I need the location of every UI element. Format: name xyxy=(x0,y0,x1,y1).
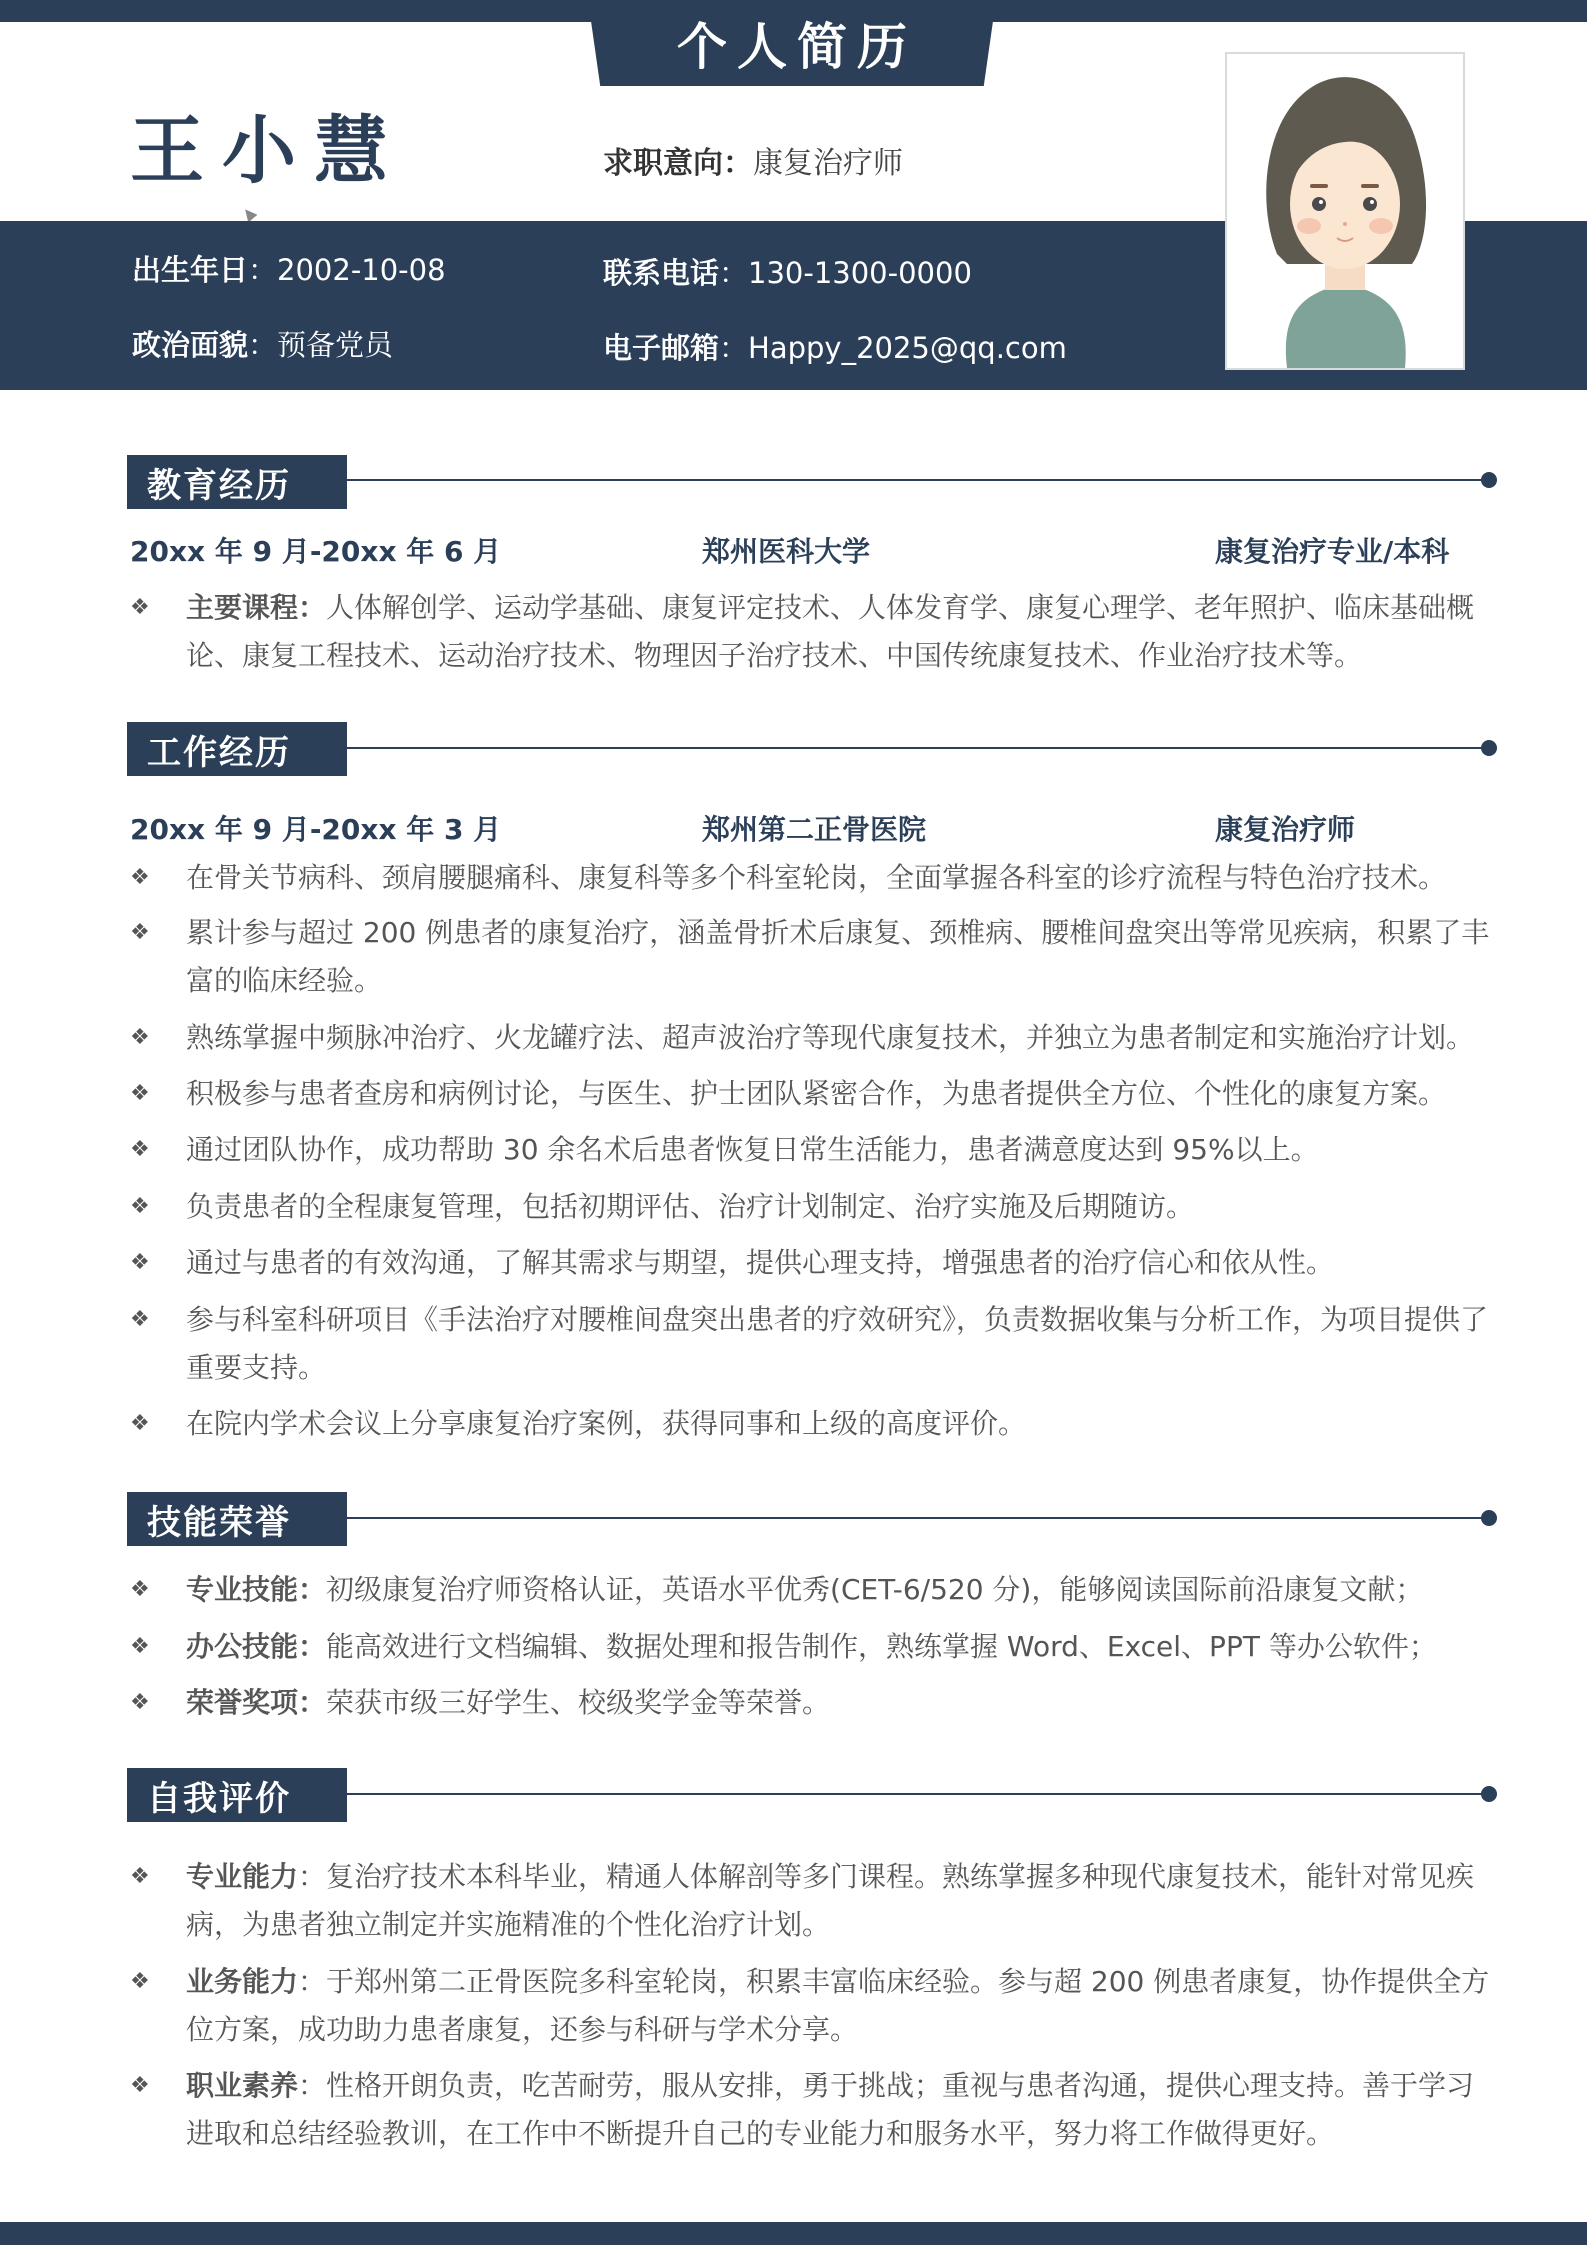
item-label: 办公技能： xyxy=(186,1630,326,1663)
avatar-illustration-icon xyxy=(1227,54,1463,368)
section-education-heading: 教育经历 xyxy=(127,455,347,509)
diamond-bullet-icon: ❖ xyxy=(130,1566,186,1614)
mouse-cursor-icon xyxy=(241,206,258,223)
job-intent-value: 康复治疗师 xyxy=(753,146,903,181)
list-item: ❖专业能力：复治疗技术本科毕业，精通人体解剖等多门课程。熟练掌握多种现代康复技术… xyxy=(130,1853,1500,1949)
item-label: 荣誉奖项： xyxy=(186,1686,326,1719)
politics-field: 政治面貌：预备党员 xyxy=(132,323,393,364)
list-item: ❖通过团队协作，成功帮助 30 余名术后患者恢复日常生活能力，患者满意度达到 9… xyxy=(130,1126,1500,1174)
item-label: 专业技能： xyxy=(186,1573,326,1606)
education-major: 康复治疗专业/本科 xyxy=(1215,530,1449,570)
list-item: ❖负责患者的全程康复管理，包括初期评估、治疗计划制定、治疗实施及后期随访。 xyxy=(130,1183,1500,1231)
list-item: ❖荣誉奖项：荣获市级三好学生、校级奖学金等荣誉。 xyxy=(130,1679,1500,1727)
politics-value: ：预备党员 xyxy=(248,328,393,362)
diamond-bullet-icon: ❖ xyxy=(130,1183,186,1231)
diamond-bullet-icon: ❖ xyxy=(130,1958,186,2054)
list-item: ❖在院内学术会议上分享康复治疗案例，获得同事和上级的高度评价。 xyxy=(130,1400,1500,1448)
phone-field: 联系电话：130-1300-0000 xyxy=(603,251,972,292)
list-item: ❖在骨关节病科、颈肩腰腿痛科、康复科等多个科室轮岗，全面掌握各科室的诊疗流程与特… xyxy=(130,854,1500,902)
list-item: ❖熟练掌握中频脉冲治疗、火龙罐疗法、超声波治疗等现代康复技术，并独立为患者制定和… xyxy=(130,1014,1500,1062)
diamond-bullet-icon: ❖ xyxy=(130,909,186,1005)
avatar-photo xyxy=(1225,52,1465,370)
list-item: ❖ 主要课程：人体解创学、运动学基础、康复评定技术、人体发育学、康复心理学、老年… xyxy=(130,584,1500,680)
resume-title-tab: 个人简历 xyxy=(588,0,996,86)
work-position: 康复治疗师 xyxy=(1215,808,1355,848)
section-divider-line xyxy=(347,1517,1487,1519)
list-item: ❖办公技能：能高效进行文档编辑、数据处理和报告制作，熟练掌握 Word、Exce… xyxy=(130,1623,1500,1671)
phone-label: 联系电话 xyxy=(603,256,719,290)
item-label: 专业能力 xyxy=(186,1860,298,1893)
diamond-bullet-icon: ❖ xyxy=(130,1296,186,1392)
list-item: ❖积极参与患者查房和病例讨论，与医生、护士团队紧密合作，为患者提供全方位、个性化… xyxy=(130,1070,1500,1118)
divider-dot-icon xyxy=(1481,1510,1497,1526)
list-item: ❖参与科室科研项目《手法治疗对腰椎间盘突出患者的疗效研究》，负责数据收集与分析工… xyxy=(130,1296,1500,1392)
diamond-bullet-icon: ❖ xyxy=(130,1853,186,1949)
email-field: 电子邮箱：Happy_2025@qq.com xyxy=(603,326,1067,367)
section-divider-line xyxy=(347,1793,1487,1795)
diamond-bullet-icon: ❖ xyxy=(130,1679,186,1727)
list-item: ❖通过与患者的有效沟通，了解其需求与期望，提供心理支持，增强患者的治疗信心和依从… xyxy=(130,1239,1500,1287)
job-intent-label: 求职意向： xyxy=(603,146,753,181)
diamond-bullet-icon: ❖ xyxy=(130,584,186,680)
list-item: ❖业务能力：于郑州第二正骨医院多科室轮岗，积累丰富临床经验。参与超 200 例患… xyxy=(130,1958,1500,2054)
diamond-bullet-icon: ❖ xyxy=(130,1070,186,1118)
item-label: 主要课程： xyxy=(186,591,326,624)
candidate-name: 王小慧 xyxy=(130,92,406,198)
section-skills-heading: 技能荣誉 xyxy=(127,1492,347,1546)
birth-field: 出生年日：2002-10-08 xyxy=(132,248,446,289)
phone-value: ：130-1300-0000 xyxy=(719,256,972,290)
diamond-bullet-icon: ❖ xyxy=(130,1239,186,1287)
politics-label: 政治面貌 xyxy=(132,328,248,362)
item-label: 职业素养 xyxy=(186,2069,298,2102)
divider-dot-icon xyxy=(1481,472,1497,488)
work-period: 20xx 年 9 月-20xx 年 3 月 xyxy=(130,808,501,848)
item-text: 人体解创学、运动学基础、康复评定技术、人体发育学、康复心理学、老年照护、临床基础… xyxy=(186,591,1474,672)
section-divider-line xyxy=(347,479,1487,481)
section-divider-line xyxy=(347,747,1487,749)
diamond-bullet-icon: ❖ xyxy=(130,1126,186,1174)
job-intent: 求职意向：康复治疗师 xyxy=(603,138,903,182)
email-value: ：Happy_2025@qq.com xyxy=(719,331,1067,365)
education-period: 20xx 年 9 月-20xx 年 6 月 xyxy=(130,530,501,570)
item-label: 业务能力 xyxy=(186,1965,298,1998)
diamond-bullet-icon: ❖ xyxy=(130,1400,186,1448)
list-item: ❖专业技能：初级康复治疗师资格认证，英语水平优秀(CET-6/520 分)，能够… xyxy=(130,1566,1500,1614)
diamond-bullet-icon: ❖ xyxy=(130,2062,186,2158)
birth-value: ：2002-10-08 xyxy=(248,253,446,287)
diamond-bullet-icon: ❖ xyxy=(130,854,186,902)
education-school: 郑州医科大学 xyxy=(702,530,870,570)
diamond-bullet-icon: ❖ xyxy=(130,1014,186,1062)
section-self-eval-heading: 自我评价 xyxy=(127,1768,347,1822)
diamond-bullet-icon: ❖ xyxy=(130,1623,186,1671)
section-work-heading: 工作经历 xyxy=(127,722,347,776)
work-company: 郑州第二正骨医院 xyxy=(702,808,926,848)
divider-dot-icon xyxy=(1481,740,1497,756)
email-label: 电子邮箱 xyxy=(603,331,719,365)
birth-label: 出生年日 xyxy=(132,253,248,287)
list-item: ❖累计参与超过 200 例患者的康复治疗，涵盖骨折术后康复、颈椎病、腰椎间盘突出… xyxy=(130,909,1500,1005)
divider-dot-icon xyxy=(1481,1786,1497,1802)
list-item: ❖职业素养：性格开朗负责，吃苦耐劳，服从安排，勇于挑战；重视与患者沟通，提供心理… xyxy=(130,2062,1500,2158)
resume-title: 个人简历 xyxy=(667,7,917,79)
bottom-bar xyxy=(0,2222,1587,2245)
